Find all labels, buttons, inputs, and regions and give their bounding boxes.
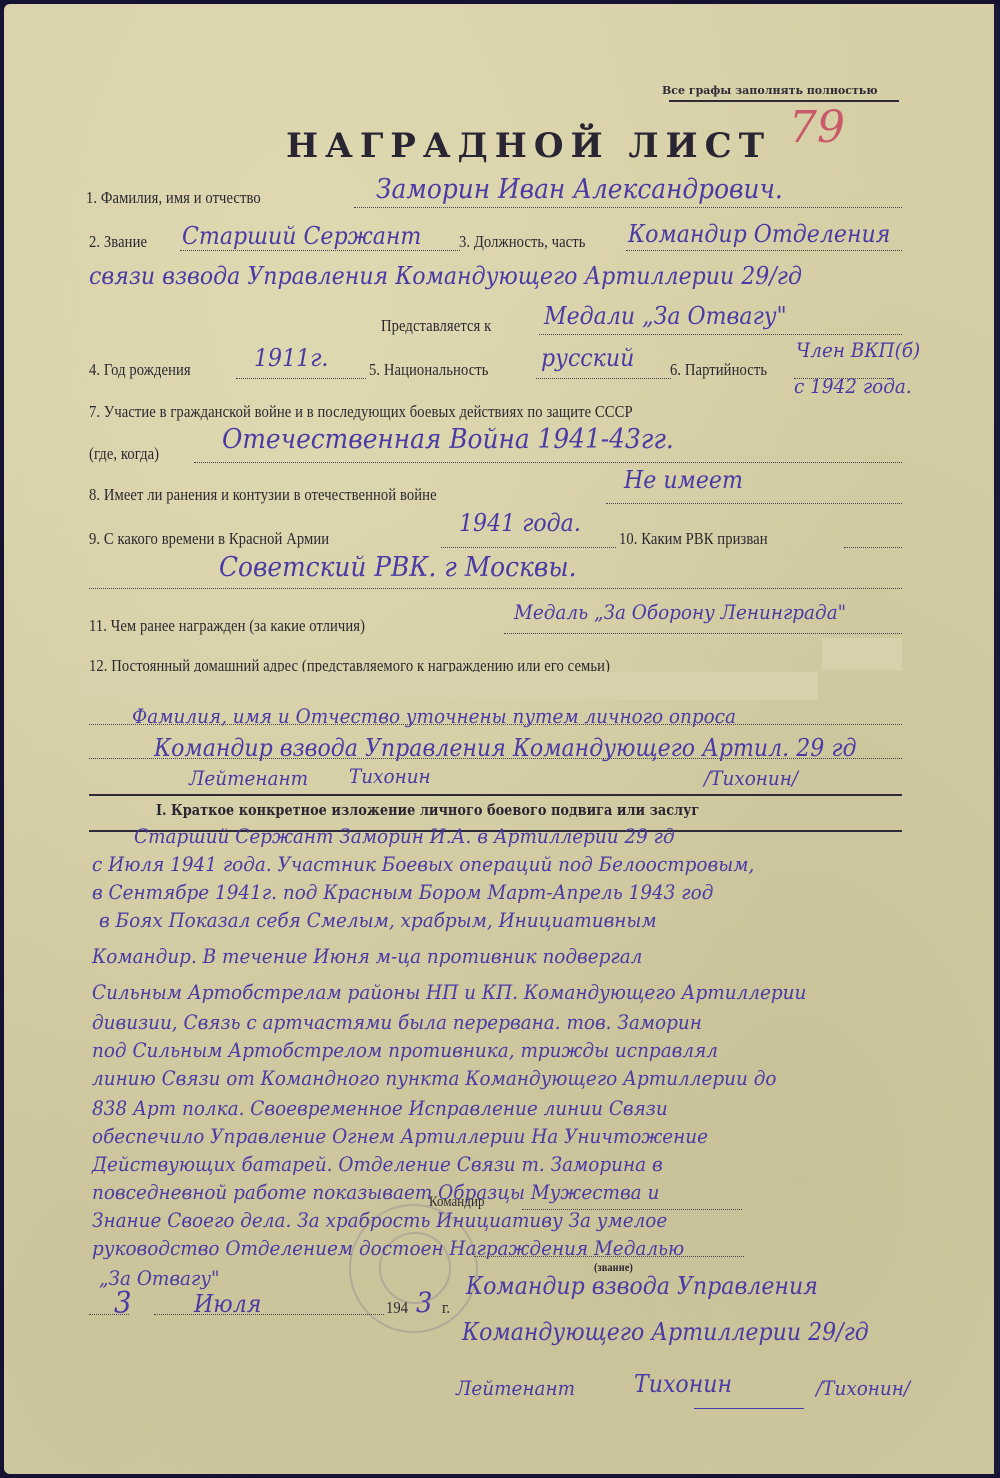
date-year-suffix: 3 (416, 1286, 432, 1319)
field-8-label: 8. Имеет ли ранения и контузии в отечест… (89, 485, 437, 505)
field-1-line (354, 207, 902, 208)
narrative-line: с Июля 1941 года. Участник Боевых операц… (92, 852, 754, 876)
rank-line (474, 1256, 744, 1257)
field-2-line (180, 250, 460, 251)
field-5-value: русский (541, 344, 634, 372)
field-8-value: Не имеет (624, 466, 743, 494)
field-10-line (844, 547, 902, 548)
field-10-line-2 (89, 588, 902, 589)
date-month-line (154, 1314, 384, 1315)
signature-line-1: Командир взвода Управления (466, 1272, 818, 1300)
annotation-rank: Лейтенант (189, 766, 308, 790)
field-2-label: 2. Звание (89, 232, 147, 252)
narrative-line: под Сильным Артобстрелом противника, три… (92, 1038, 718, 1062)
field-3-value: Командир Отделения (628, 220, 890, 248)
signature-handwritten: Тихонин (634, 1370, 732, 1398)
field-3-line (626, 250, 902, 251)
narrative-line: Старший Сержант Заморин И.А. в Артиллери… (134, 824, 675, 848)
field-9-value: 1941 года. (459, 509, 581, 537)
field-6-label: 6. Партийность (670, 360, 767, 380)
narrative-line: в Сентябре 1941г. под Красным Бором Март… (92, 880, 713, 904)
field-11-label: 11. Чем ранее награжден (за какие отличи… (89, 616, 365, 636)
annotation-rule (89, 794, 902, 796)
annotation-name: /Тихонин/ (704, 766, 798, 790)
field-9-label: 9. С какого времени в Красной Армии (89, 529, 329, 549)
presented-label: Представляется к (381, 316, 491, 336)
field-11-line (504, 633, 902, 634)
narrative-line: 838 Арт полка. Своевременное Исправление… (92, 1096, 668, 1120)
signature-name: /Тихонин/ (816, 1376, 910, 1400)
signature-flourish (694, 1408, 804, 1409)
field-8-line (606, 503, 902, 504)
redacted-address (78, 672, 818, 700)
red-pencil-mark: 79 (789, 102, 845, 153)
field-2-value: Старший Сержант (182, 222, 421, 250)
field-7-label: 7. Участие в гражданской войне и в после… (89, 402, 633, 422)
date-day: 3 (114, 1286, 132, 1321)
presented-value: Медали „За Отвагу" (544, 302, 787, 330)
annotation-signature: Тихонин (349, 764, 431, 788)
field-10-value: Советский РВК. г Москвы. (219, 552, 576, 583)
field-7-value: Отечественная Война 1941-43гг. (222, 424, 674, 455)
field-6-value-continued: с 1942 года. (794, 374, 912, 398)
narrative-line: Знание Своего дела. За храбрость Инициат… (92, 1208, 667, 1232)
narrative-line: в Боях Показал себя Смелым, храбрым, Ини… (99, 908, 657, 932)
signature-rank: Лейтенант (456, 1376, 575, 1400)
narrative-line: дивизии, Связь с артчастями была перерва… (92, 1010, 702, 1034)
annotation-text-2: Командир взвода Управления Командующего … (154, 734, 856, 762)
field-7-label-continued: (где, когда) (89, 444, 159, 464)
signature-line-2: Командующего Артиллерии 29/гд (462, 1318, 869, 1346)
date-year-prefix: 194 (386, 1298, 408, 1318)
award-sheet: Все графы заполнять полностью 79 НАГРАДН… (4, 4, 1000, 1474)
narrative-line: повседневной работе показывает Образцы М… (92, 1180, 659, 1204)
field-3-value-continued: связи взвода Управления Командующего Арт… (89, 262, 802, 290)
field-10-label: 10. Каким РВК призван (619, 529, 768, 549)
field-4-label: 4. Год рождения (89, 360, 191, 380)
field-4-value: 1911г. (254, 344, 328, 372)
presented-line (539, 334, 902, 335)
section-heading: I. Краткое конкретное изложение личного … (156, 801, 699, 819)
narrative-line: Сильным Артобстрелам районы НП и КП. Ком… (92, 980, 806, 1004)
field-9-line (441, 547, 616, 548)
header-note-underline (669, 100, 899, 102)
field-7-line (194, 462, 902, 463)
field-4-line (236, 378, 366, 379)
commander-line (522, 1209, 742, 1210)
field-11-value: Медаль „За Оборону Ленинграда" (514, 600, 846, 624)
narrative-line: обеспечило Управление Огнем Артиллерии Н… (92, 1124, 708, 1148)
document-title: НАГРАДНОЙ ЛИСТ (286, 126, 771, 166)
date-day-line (89, 1314, 129, 1315)
narrative-line: Командир. В течение Июня м-ца противник … (92, 944, 642, 968)
annotation-text-1: Фамилия, имя и Отчество уточнены путем л… (132, 704, 736, 728)
field-6-value: Член ВКП(б) (796, 338, 920, 362)
commander-label: Командир (429, 1194, 484, 1211)
field-1-label: 1. Фамилия, имя и отчество (86, 188, 261, 208)
field-3-label: 3. Должность, часть (459, 232, 585, 252)
header-note: Все графы заполнять полностью (662, 84, 878, 97)
narrative-line: линию Связи от Командного пункта Команду… (92, 1066, 776, 1090)
field-5-label: 5. Национальность (369, 360, 489, 380)
narrative-line: Действующих батарей. Отделение Связи т. … (92, 1152, 663, 1176)
redacted-area (822, 638, 902, 670)
field-1-value: Заморин Иван Александрович. (376, 174, 783, 205)
date-year-unit: г. (442, 1298, 450, 1318)
field-5-line (536, 378, 671, 379)
